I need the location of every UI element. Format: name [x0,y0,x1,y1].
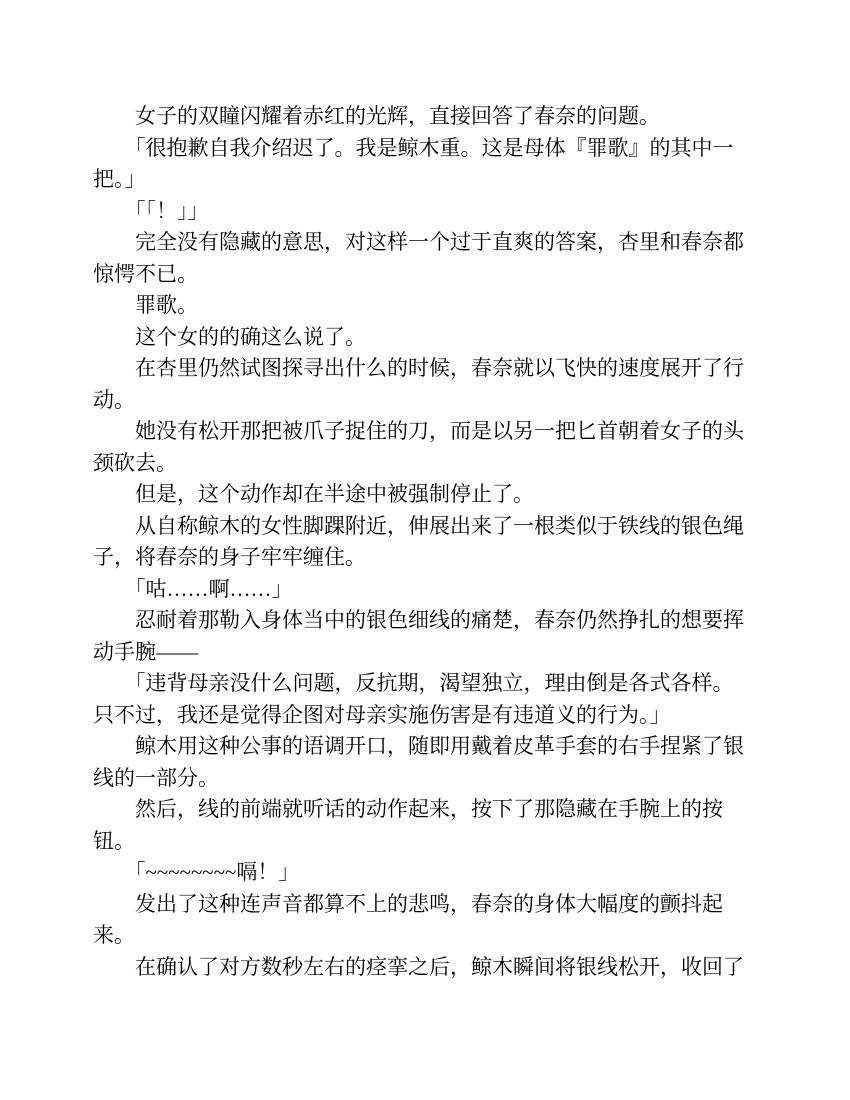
text-content: 女子的双瞳闪耀着赤红的光辉，直接回答了春奈的问题。 「很抱歉自我介绍迟了。我是鲸… [93,101,748,983]
text-line: 线的一部分。 [93,763,748,795]
text-line: 在杏里仍然试图探寻出什么的时候，春奈就以飞快的速度展开了行 [93,353,748,385]
text-line: 完全没有隐藏的意思，对这样一个过于直爽的答案，杏里和春奈都 [93,227,748,259]
text-line: 动手腕—— [93,637,748,669]
text-line: 这个女的的确这么说了。 [93,322,748,354]
text-line: 惊愕不已。 [93,259,748,291]
text-line: 把。」 [93,164,748,196]
text-line: 发出了这种连声音都算不上的悲鸣，春奈的身体大幅度的颤抖起 [93,889,748,921]
novel-page: 女子的双瞳闪耀着赤红的光辉，直接回答了春奈的问题。 「很抱歉自我介绍迟了。我是鲸… [0,0,850,1100]
text-line: 钮。 [93,826,748,858]
text-line: 然后，线的前端就听话的动作起来，按下了那隐藏在手腕上的按 [93,794,748,826]
text-line: 从自称鲸木的女性脚踝附近，伸展出来了一根类似于铁线的银色绳 [93,511,748,543]
text-line: 来。 [93,920,748,952]
text-line: 子，将春奈的身子牢牢缠住。 [93,542,748,574]
text-line: 动。 [93,385,748,417]
text-line: 鲸木用这种公事的语调开口，随即用戴着皮革手套的右手捏紧了银 [93,731,748,763]
text-line: 「「！」」 [93,196,748,228]
text-line: 在确认了对方数秒左右的痉挛之后，鲸木瞬间将银线松开，收回了 [93,952,748,984]
text-line: 颈砍去。 [93,448,748,480]
text-line: 女子的双瞳闪耀着赤红的光辉，直接回答了春奈的问题。 [93,101,748,133]
text-line: 她没有松开那把被爪子捉住的刀，而是以另一把匕首朝着女子的头 [93,416,748,448]
text-line: 「~~~~~~~~嗝！」 [93,857,748,889]
text-line: 「咕……啊……」 [93,574,748,606]
text-line: 「很抱歉自我介绍迟了。我是鲸木重。这是母体『罪歌』的其中一 [93,133,748,165]
text-line: 忍耐着那勒入身体当中的银色细线的痛楚，春奈仍然挣扎的想要挥 [93,605,748,637]
text-line: 罪歌。 [93,290,748,322]
text-line: 只不过，我还是觉得企图对母亲实施伤害是有违道义的行为。」 [93,700,748,732]
text-line: 「违背母亲没什么问题，反抗期，渴望独立，理由倒是各式各样。 [93,668,748,700]
text-line: 但是，这个动作却在半途中被强制停止了。 [93,479,748,511]
